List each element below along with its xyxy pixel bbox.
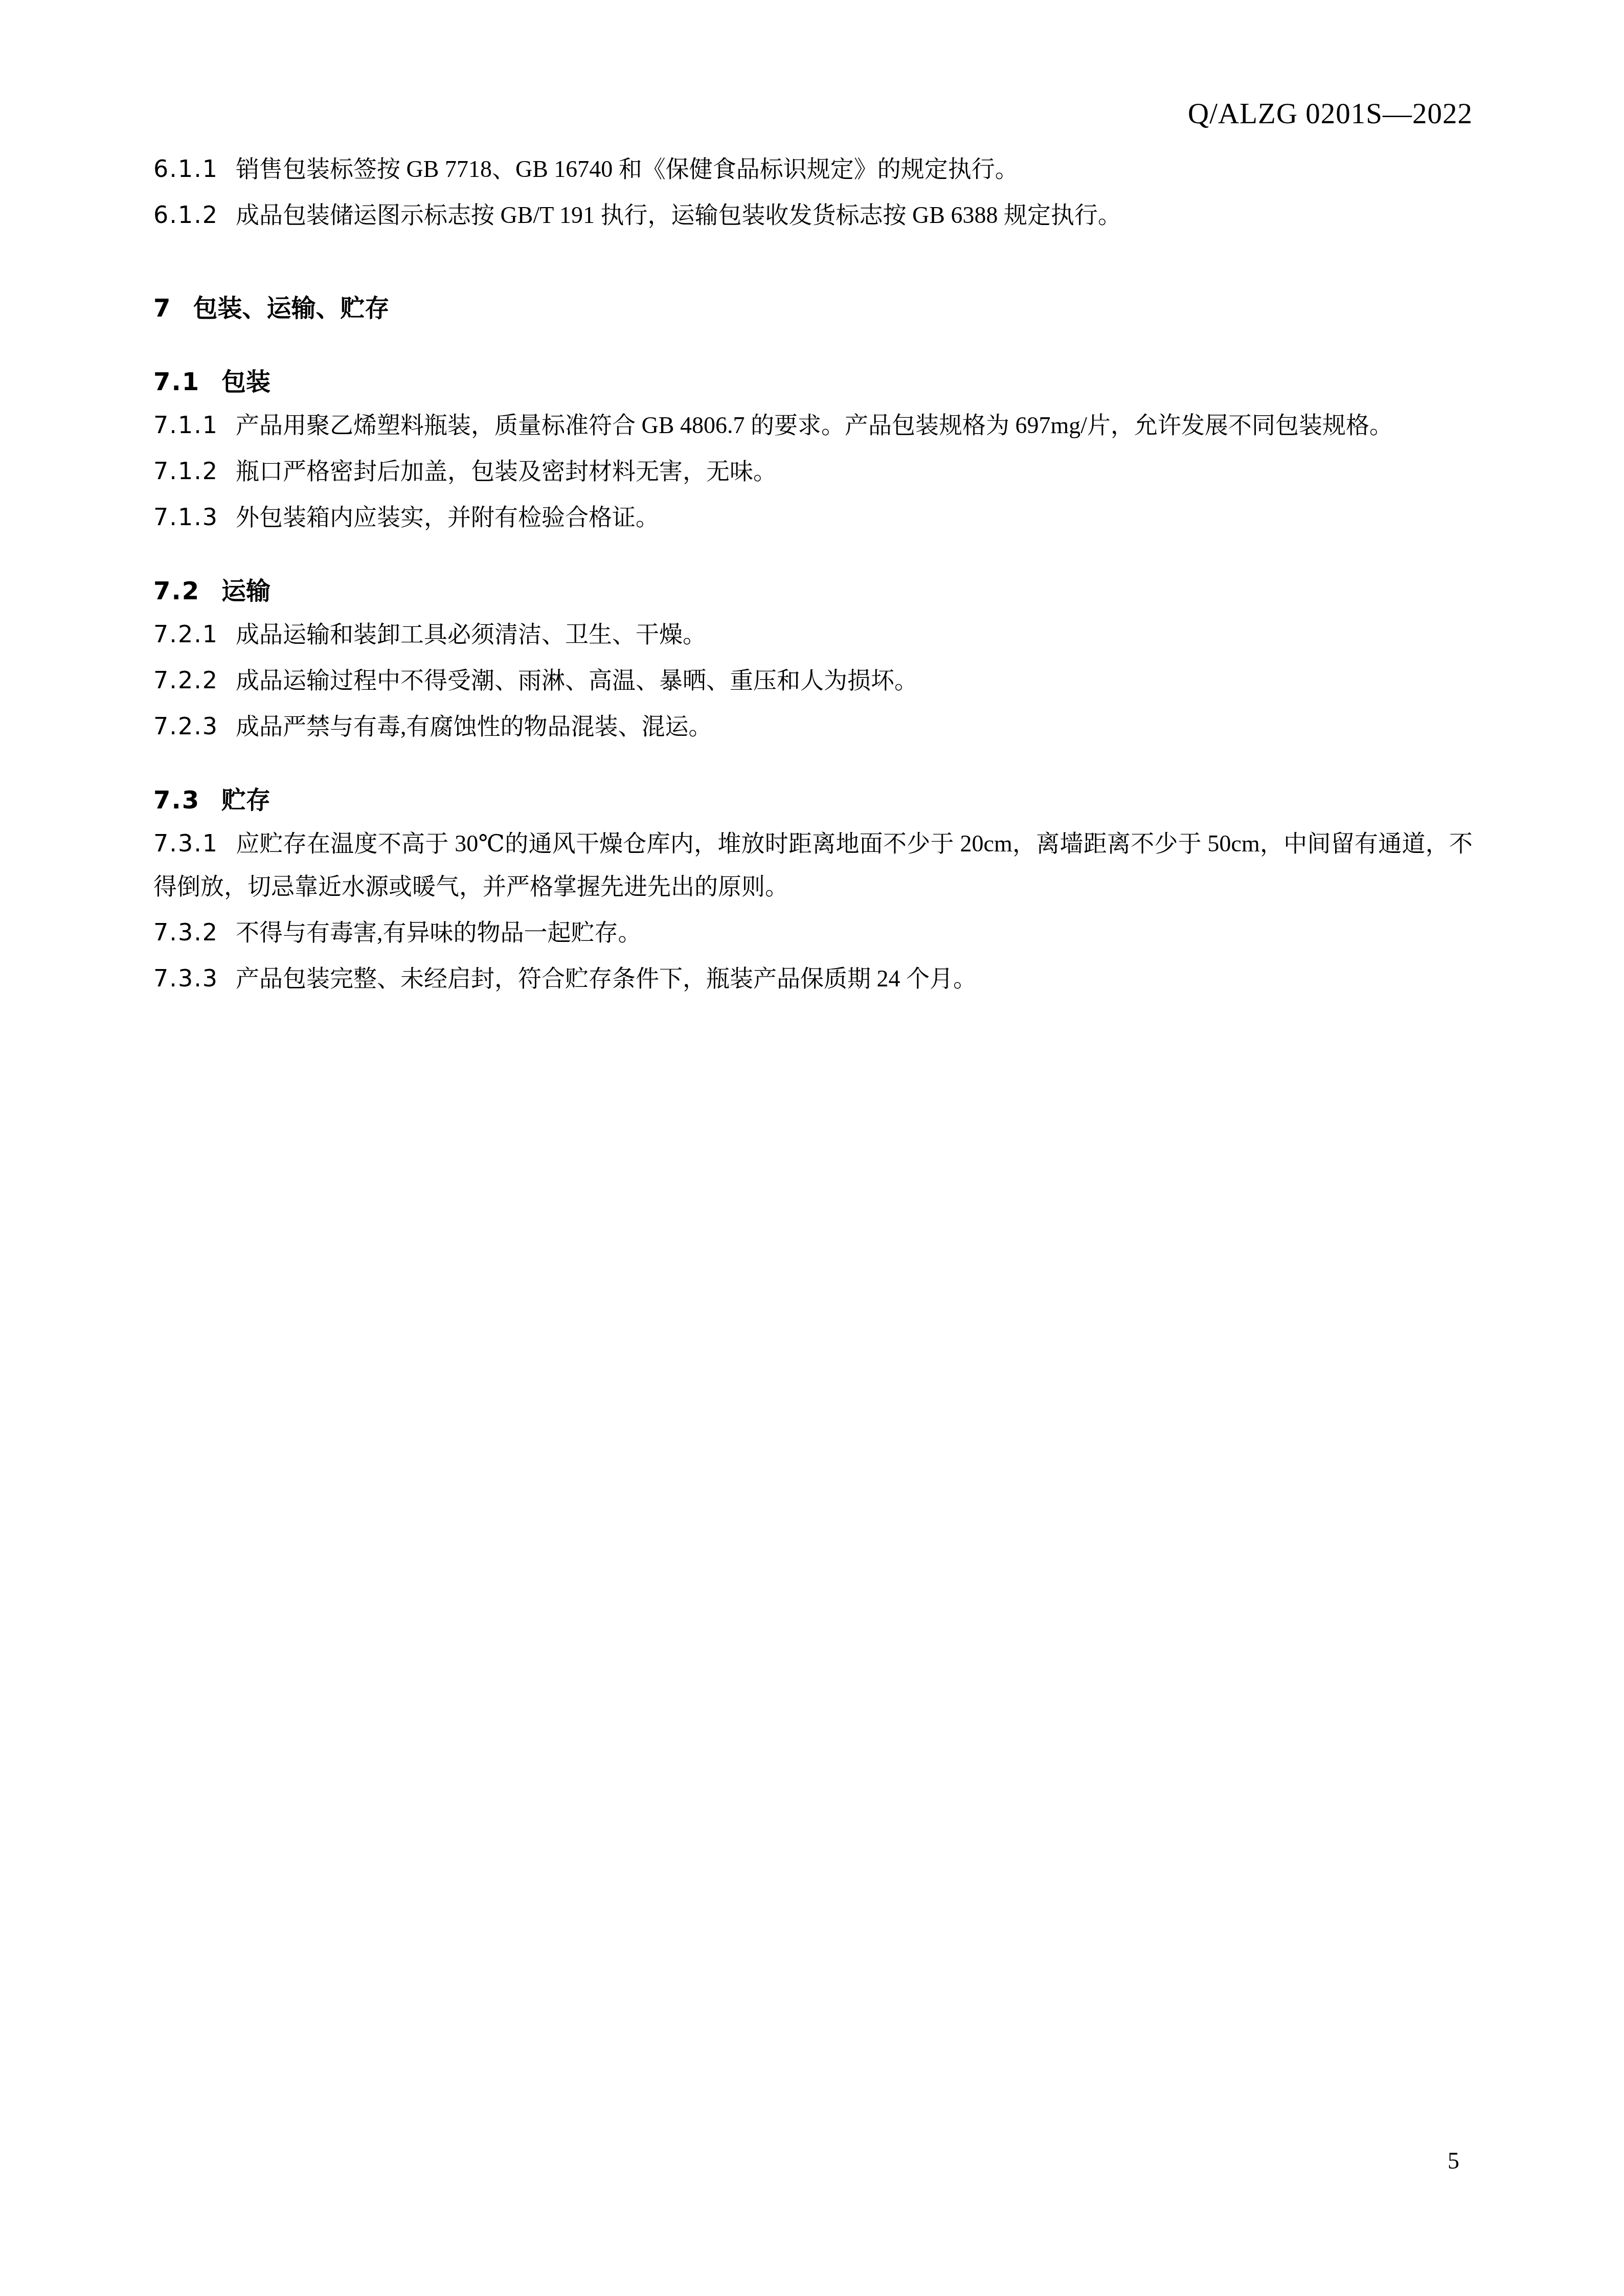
section-title: 贮存 [221, 786, 270, 815]
clause-number: 7.3.1 [153, 829, 218, 857]
clause-7-1-3: 7.1.3外包装箱内应装实，并附有检验合格证。 [153, 496, 1473, 539]
clause-text: 销售包装标签按 GB 7718、GB 16740 和《保健食品标识规定》的规定执… [236, 156, 1019, 182]
section-number: 7.3 [153, 786, 200, 815]
section-7-2-heading: 7.2运输 [153, 570, 1473, 613]
section-title: 运输 [221, 577, 270, 605]
clause-6-1-2: 6.1.2成品包装储运图示标志按 GB/T 191 执行，运输包装收发货标志按 … [153, 193, 1473, 237]
section-7-1-heading: 7.1包装 [153, 361, 1473, 403]
clause-number: 7.2.1 [153, 620, 218, 648]
section-title: 包装、运输、贮存 [193, 294, 389, 323]
clause-7-2-3: 7.2.3成品严禁与有毒,有腐蚀性的物品混装、混运。 [153, 705, 1473, 748]
clause-text: 成品包装储运图示标志按 GB/T 191 执行，运输包装收发货标志按 GB 63… [236, 202, 1121, 228]
clause-text: 成品运输和装卸工具必须清洁、卫生、干燥。 [236, 621, 706, 647]
section-number: 7.1 [153, 368, 200, 396]
clause-7-2-1: 7.2.1成品运输和装卸工具必须清洁、卫生、干燥。 [153, 613, 1473, 656]
clause-7-1-1: 7.1.1产品用聚乙烯塑料瓶装，质量标准符合 GB 4806.7 的要求。产品包… [153, 403, 1473, 447]
section-7-3-heading: 7.3贮存 [153, 779, 1473, 822]
clause-text: 产品包装完整、未经启封，符合贮存条件下，瓶装产品保质期 24 个月。 [236, 965, 977, 992]
clause-text: 成品严禁与有毒,有腐蚀性的物品混装、混运。 [236, 713, 712, 739]
running-header: Q/ALZG 0201S—2022 [153, 97, 1473, 130]
clause-text: 不得与有毒害,有异味的物品一起贮存。 [236, 919, 642, 946]
clause-text: 外包装箱内应装实，并附有检验合格证。 [236, 504, 659, 530]
document-page: Q/ALZG 0201S—2022 6.1.1销售包装标签按 GB 7718、G… [0, 0, 1624, 2296]
section-number: 7 [153, 294, 171, 323]
clause-number: 7.3.2 [153, 918, 218, 946]
clause-text: 成品运输过程中不得受潮、雨淋、高温、暴晒、重压和人为损坏。 [236, 667, 918, 693]
section-7-heading: 7包装、运输、贮存 [153, 287, 1473, 330]
clause-number: 7.2.3 [153, 712, 218, 740]
clause-number: 6.1.2 [153, 201, 218, 229]
clause-number: 7.1.2 [153, 457, 218, 485]
clause-text: 瓶口严格密封后加盖，包装及密封材料无害，无味。 [236, 458, 777, 484]
clause-7-3-3: 7.3.3产品包装完整、未经启封，符合贮存条件下，瓶装产品保质期 24 个月。 [153, 957, 1473, 1000]
document-body: 6.1.1销售包装标签按 GB 7718、GB 16740 和《保健食品标识规定… [153, 147, 1473, 1003]
clause-number: 6.1.1 [153, 155, 218, 183]
clause-number: 7.1.1 [153, 411, 218, 439]
clause-7-3-2: 7.3.2不得与有毒害,有异味的物品一起贮存。 [153, 911, 1473, 954]
clause-6-1-1: 6.1.1销售包装标签按 GB 7718、GB 16740 和《保健食品标识规定… [153, 147, 1473, 191]
page-number: 5 [1448, 2146, 1459, 2176]
clause-7-3-1: 7.3.1应贮存在温度不高于 30℃的通风干燥仓库内，堆放时距离地面不少于 20… [153, 822, 1473, 908]
section-number: 7.2 [153, 577, 200, 605]
section-title: 包装 [221, 368, 270, 396]
clause-text: 应贮存在温度不高于 30℃的通风干燥仓库内，堆放时距离地面不少于 20cm，离墙… [153, 830, 1473, 899]
clause-number: 7.3.3 [153, 964, 218, 992]
clause-text: 产品用聚乙烯塑料瓶装，质量标准符合 GB 4806.7 的要求。产品包装规格为 … [236, 412, 1393, 438]
clause-number: 7.2.2 [153, 666, 218, 694]
clause-7-1-2: 7.1.2瓶口严格密封后加盖，包装及密封材料无害，无味。 [153, 449, 1473, 493]
clause-number: 7.1.3 [153, 503, 218, 531]
clause-7-2-2: 7.2.2成品运输过程中不得受潮、雨淋、高温、暴晒、重压和人为损坏。 [153, 659, 1473, 702]
doc-number: Q/ALZG 0201S—2022 [1188, 98, 1473, 130]
